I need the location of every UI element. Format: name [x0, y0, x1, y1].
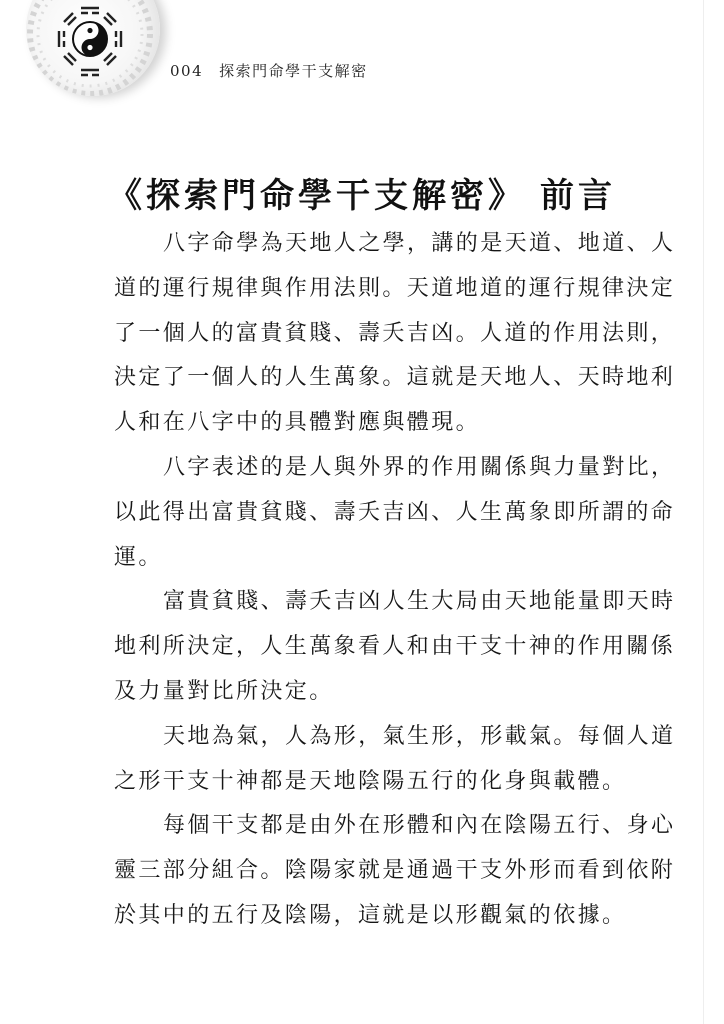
- page-number: 004: [170, 62, 203, 80]
- text-line: 決定了一個人的人生萬象。這就是天地人、天時地利: [114, 356, 634, 401]
- text-line: 八字表述的是人與外界的作用關係與力量對比，: [114, 446, 634, 491]
- page-edge: [703, 0, 704, 1024]
- text-line: 之形干支十神都是天地陰陽五行的化身與載體。: [114, 760, 634, 805]
- text-line: 地利所決定，人生萬象看人和由干支十神的作用關係: [114, 625, 634, 670]
- text-line: 人和在八字中的具體對應與體現。: [114, 401, 634, 446]
- text-line: 運。: [114, 536, 634, 581]
- running-header: 004探索門命學干支解密: [170, 60, 368, 81]
- paragraph-2: 八字表述的是人與外界的作用關係與力量對比， 以此得出富貴貧賤、壽夭吉凶、人生萬象…: [114, 446, 634, 580]
- paragraph-3: 富貴貧賤、壽夭吉凶人生大局由天地能量即天時 地利所決定，人生萬象看人和由干支十神…: [114, 580, 634, 714]
- text-line: 富貴貧賤、壽夭吉凶人生大局由天地能量即天時: [114, 580, 634, 625]
- paragraph-5: 每個干支都是由外在形體和內在陰陽五行、身心 靈三部分組合。陰陽家就是通過干支外形…: [114, 804, 634, 938]
- text-line: 道的運行規律與作用法則。天道地道的運行規律決定: [114, 267, 634, 312]
- text-line: 了一個人的富貴貧賤、壽夭吉凶。人道的作用法則，: [114, 312, 634, 357]
- yin-yang-bagua-icon: [26, 0, 160, 96]
- text-line: 以此得出富貴貧賤、壽夭吉凶、人生萬象即所謂的命: [114, 491, 634, 536]
- preface-body: 八字命學為天地人之學，講的是天道、地道、人 道的運行規律與作用法則。天道地道的運…: [114, 222, 634, 939]
- text-line: 及力量對比所決定。: [114, 670, 634, 715]
- running-title: 探索門命學干支解密: [219, 62, 368, 80]
- text-line: 靈三部分組合。陰陽家就是通過干支外形而看到依附: [114, 849, 634, 894]
- paragraph-1: 八字命學為天地人之學，講的是天道、地道、人 道的運行規律與作用法則。天道地道的運…: [114, 222, 634, 446]
- book-title: 《探索門命學干支解密》: [108, 176, 526, 216]
- paragraph-4: 天地為氣，人為形，氣生形，形載氣。每個人道 之形干支十神都是天地陰陽五行的化身與…: [114, 715, 634, 805]
- text-line: 於其中的五行及陰陽，這就是以形觀氣的依據。: [114, 894, 634, 939]
- text-line: 每個干支都是由外在形體和內在陰陽五行、身心: [114, 804, 634, 849]
- text-line: 八字命學為天地人之學，講的是天道、地道、人: [114, 222, 634, 267]
- text-line: 天地為氣，人為形，氣生形，形載氣。每個人道: [114, 715, 634, 760]
- page-title: 《探索門命學干支解密》前言: [0, 168, 724, 217]
- title-suffix: 前言: [540, 176, 616, 216]
